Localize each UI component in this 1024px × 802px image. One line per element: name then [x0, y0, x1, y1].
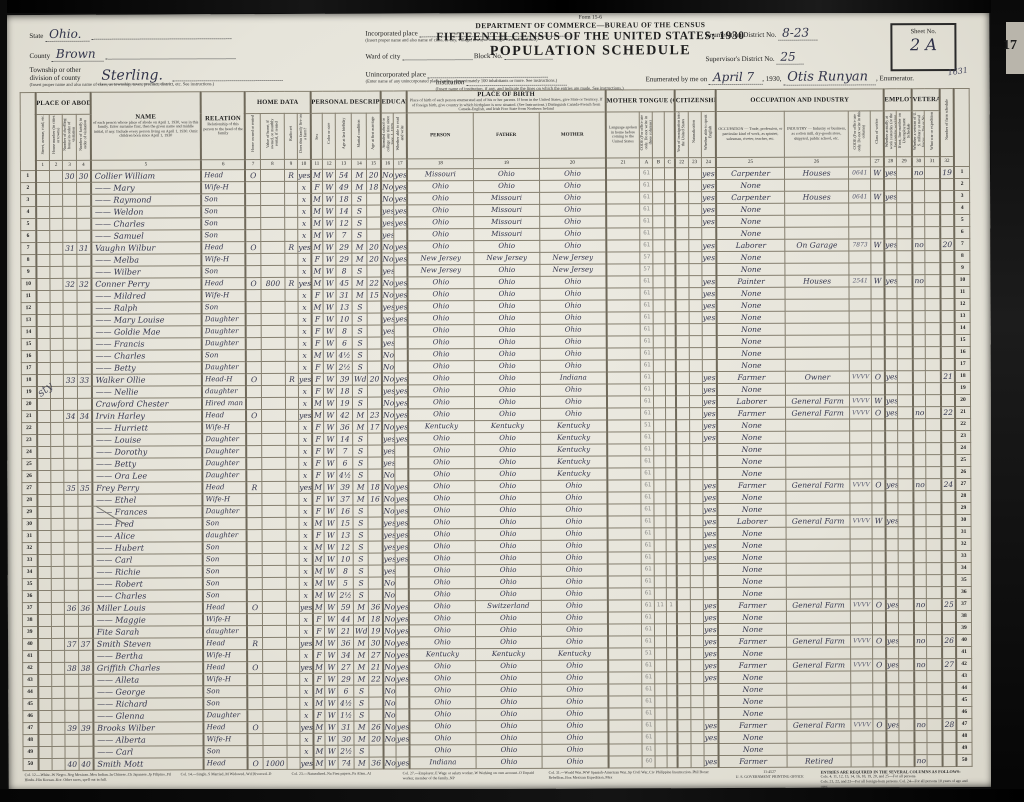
cell: 2½	[337, 361, 353, 373]
cell: M	[313, 661, 325, 673]
cell	[285, 397, 298, 409]
cell	[665, 480, 676, 492]
cell: Ohio	[409, 684, 475, 696]
cell	[689, 431, 702, 443]
cell	[872, 491, 885, 503]
column-number: 15	[367, 159, 381, 169]
cell: Ohio	[476, 744, 542, 756]
cell: Head	[202, 277, 246, 289]
cell	[786, 539, 850, 551]
cell	[63, 194, 77, 206]
cell	[885, 419, 898, 431]
cell	[849, 227, 871, 239]
cell	[52, 758, 65, 770]
cell	[246, 301, 261, 313]
cell: yes	[701, 191, 716, 203]
cell: —— Alice	[92, 530, 203, 542]
cell	[913, 382, 926, 394]
cell	[51, 578, 64, 590]
cell: —— Charles	[91, 218, 202, 230]
cell: —— Nellie	[92, 386, 203, 398]
cell: No	[381, 193, 394, 205]
cell: 35	[78, 482, 92, 494]
cell: M	[312, 553, 324, 565]
footer-print-info: 11-4527 U. S. GOVERNMENT PRINTING OFFICE	[725, 769, 815, 779]
cell: 18	[369, 613, 383, 625]
cell	[260, 181, 284, 193]
column-header: Whether a veteran of U. S. military or n…	[912, 110, 925, 156]
cell	[912, 202, 925, 214]
cell	[872, 551, 885, 563]
cell: Son	[203, 577, 247, 589]
cell: 18	[337, 385, 353, 397]
cell	[897, 202, 912, 214]
cell: O	[873, 635, 886, 647]
cell	[898, 322, 913, 334]
cell: yes	[394, 253, 407, 265]
cell: O	[246, 373, 261, 385]
cell: M	[352, 289, 367, 301]
cell: No	[383, 721, 396, 733]
cell	[664, 228, 675, 240]
cell	[927, 718, 942, 730]
cell	[701, 227, 716, 239]
cell: Ohio	[540, 228, 606, 240]
cell	[36, 194, 50, 206]
cell: Wd	[354, 625, 369, 637]
cell: M	[311, 193, 323, 205]
cell: x	[299, 577, 312, 589]
cell	[872, 443, 885, 455]
cell	[665, 384, 676, 396]
column-header: CODE (For office use only. Do not write …	[848, 111, 870, 157]
cell	[913, 394, 926, 406]
cell	[925, 226, 940, 238]
cell: S	[352, 265, 367, 277]
cell: M	[311, 205, 323, 217]
cell: Switzerland	[475, 600, 541, 612]
cell: yes	[381, 229, 394, 241]
column-number: 2	[50, 160, 63, 170]
cell: yes	[395, 421, 408, 433]
cell: Ohio	[409, 720, 475, 732]
cell: Ohio	[409, 660, 475, 672]
cell	[690, 659, 703, 671]
cell	[785, 323, 849, 335]
ward-label: Ward of city	[365, 52, 400, 60]
cell	[286, 565, 299, 577]
cell	[676, 299, 689, 311]
cell: M	[313, 721, 325, 733]
cell	[676, 455, 689, 467]
cell: —— Frances	[92, 506, 203, 518]
cell: 61	[642, 624, 655, 636]
cell: 31	[336, 289, 352, 301]
cell	[37, 518, 51, 530]
cell	[79, 650, 93, 662]
line-number: 5	[954, 214, 969, 226]
cell	[608, 624, 642, 636]
cell	[850, 551, 872, 563]
cell	[64, 542, 78, 554]
cell: Irvin Harley	[92, 410, 203, 422]
cell	[50, 266, 63, 278]
cell: M	[354, 733, 369, 745]
cell	[676, 311, 689, 323]
cell: yes	[701, 203, 716, 215]
cell	[886, 623, 899, 635]
cell	[287, 745, 300, 757]
cell	[926, 430, 941, 442]
cell: 61	[641, 516, 654, 528]
cell	[38, 710, 52, 722]
line-number: 23	[955, 430, 970, 442]
cell	[263, 709, 287, 721]
cell: M	[311, 241, 323, 253]
cell	[653, 192, 664, 204]
line-number: 39	[956, 622, 971, 634]
cell	[261, 265, 285, 277]
cell	[941, 346, 955, 358]
line-number: 16	[21, 350, 36, 362]
cell	[37, 446, 51, 458]
cell: None	[718, 647, 786, 659]
cell	[926, 394, 941, 406]
cell	[786, 587, 850, 599]
cell: Ohio	[541, 504, 607, 516]
cell	[872, 347, 885, 359]
cell	[65, 626, 79, 638]
group-header: EDUCATION	[381, 91, 407, 113]
line-number: 23	[22, 434, 37, 446]
cell: yes	[396, 637, 409, 649]
cell	[926, 406, 941, 418]
cell: M	[354, 757, 369, 769]
cell: Ohio	[408, 492, 474, 504]
cell	[785, 287, 849, 299]
cell: Ohio	[475, 636, 541, 648]
cell	[899, 718, 914, 730]
cell: Ohio	[540, 384, 606, 396]
line-number: 28	[22, 494, 37, 506]
cell: —— Mary Louise	[91, 314, 202, 326]
state-value: Ohio.	[45, 27, 89, 42]
cell	[247, 505, 262, 517]
cell	[262, 649, 286, 661]
cell: yes	[298, 241, 311, 253]
cell: yes	[703, 671, 718, 683]
cell: —— Charles	[93, 590, 204, 602]
cell	[64, 518, 78, 530]
cell	[886, 587, 899, 599]
cell: x	[299, 397, 312, 409]
cell	[52, 710, 65, 722]
cell	[369, 709, 383, 721]
cell: None	[716, 227, 784, 239]
column-number: 6	[201, 159, 245, 169]
cell: 61	[642, 684, 655, 696]
cell: yes	[395, 397, 408, 409]
cell: Ohio	[408, 324, 474, 336]
cell	[689, 347, 702, 359]
cell: 39	[337, 481, 353, 493]
cell: x	[298, 385, 311, 397]
cell: O	[246, 409, 261, 421]
cell: 15	[337, 517, 353, 529]
cell: F	[311, 253, 323, 265]
cell: no	[912, 166, 925, 178]
cell	[77, 302, 91, 314]
cell: No	[383, 709, 396, 721]
cell: 61	[642, 672, 655, 684]
cell	[787, 743, 851, 755]
cell	[368, 505, 382, 517]
cell	[261, 349, 285, 361]
cell: x	[300, 625, 313, 637]
column-header: PERSON	[407, 112, 473, 158]
cell: Ohio	[474, 288, 540, 300]
cell	[926, 514, 941, 526]
cell: Daughter	[202, 361, 246, 373]
cell: Ohio	[541, 480, 607, 492]
cell	[664, 252, 675, 264]
cell	[676, 335, 689, 347]
cell: Ohio	[542, 696, 608, 708]
cell: None	[717, 299, 785, 311]
cell	[849, 215, 871, 227]
cell: 61	[641, 384, 654, 396]
cell	[873, 707, 886, 719]
cell: Houses	[784, 167, 848, 179]
cell	[898, 394, 913, 406]
institution-label: Institution	[436, 78, 465, 86]
cell	[666, 564, 677, 576]
cell: S	[352, 301, 367, 313]
cell: —— Goldie Mae	[91, 326, 202, 338]
line-number: 17	[21, 362, 36, 374]
cell	[77, 182, 91, 194]
cell: No	[383, 589, 396, 601]
cell: W	[324, 553, 337, 565]
cell	[51, 566, 64, 578]
cell	[666, 540, 677, 552]
enumerator-name: Otis Runyan	[783, 69, 876, 85]
line-number: 41	[23, 650, 38, 662]
cell: —— Raymond	[91, 194, 202, 206]
cell: no	[914, 598, 927, 610]
cell	[396, 745, 409, 757]
cell	[941, 418, 955, 430]
cell: None	[716, 215, 784, 227]
cell	[677, 611, 690, 623]
cell	[367, 217, 381, 229]
cell	[368, 337, 382, 349]
cell: 51	[642, 648, 655, 660]
cell	[886, 731, 899, 743]
cell: Missouri	[473, 204, 539, 216]
cell	[287, 685, 300, 697]
cell	[676, 407, 689, 419]
cell	[51, 410, 64, 422]
cell: Son	[203, 685, 247, 697]
cell: Ohio	[540, 348, 606, 360]
cell	[871, 179, 884, 191]
cell	[912, 250, 925, 262]
cell: x	[299, 541, 312, 553]
cell: Ohio	[408, 504, 474, 516]
cell	[942, 562, 956, 574]
cell: S	[352, 229, 367, 241]
cell	[897, 226, 912, 238]
cell	[608, 588, 642, 600]
cell	[927, 634, 942, 646]
cell	[898, 418, 913, 430]
cell	[898, 502, 913, 514]
cell: 74	[338, 757, 354, 769]
cell	[677, 575, 690, 587]
cell	[608, 660, 642, 672]
scan-edge-right	[991, 0, 1024, 802]
column-header: If not, line number on Unemployment Sche…	[897, 110, 912, 156]
line-number: 46	[23, 710, 38, 722]
cell: Ohio	[541, 600, 607, 612]
cell	[367, 301, 381, 313]
cell: Farmer	[717, 371, 785, 383]
cell: Ohio	[542, 732, 608, 744]
cell: Ohio	[408, 456, 474, 468]
cell	[63, 314, 77, 326]
cell	[263, 733, 287, 745]
cell	[675, 263, 688, 275]
cell	[78, 506, 92, 518]
page-number-stamp: 17	[1003, 38, 1017, 54]
cell: Ohio	[409, 600, 475, 612]
cell: W	[325, 745, 338, 757]
cell	[898, 478, 913, 490]
cell: yes	[395, 493, 408, 505]
cell	[608, 708, 642, 720]
ed-label: Enumeration District No.	[705, 31, 776, 39]
cell	[607, 372, 641, 384]
cell: 61	[642, 732, 655, 744]
cell	[262, 565, 286, 577]
cell	[286, 493, 299, 505]
cell: Kentucky	[542, 648, 608, 660]
cell	[607, 384, 641, 396]
cell: 49	[336, 181, 352, 193]
cell	[607, 348, 641, 360]
line-number: 31	[22, 530, 37, 542]
cell	[912, 262, 925, 274]
cell: Walker Ollie	[92, 374, 203, 386]
cell	[913, 442, 926, 454]
cell	[787, 731, 851, 743]
cell	[664, 204, 675, 216]
cell	[37, 458, 51, 470]
cell: F	[313, 613, 325, 625]
cell: S	[353, 337, 368, 349]
line-number: 47	[23, 722, 38, 734]
cell	[79, 698, 93, 710]
cell	[926, 346, 941, 358]
cell: W	[325, 757, 338, 769]
cell	[849, 347, 871, 359]
cell: Ohio	[409, 588, 475, 600]
column-number: 19	[473, 158, 539, 168]
cell	[37, 506, 51, 518]
cell: W	[324, 577, 337, 589]
cell: yes	[395, 529, 408, 541]
cell	[940, 262, 954, 274]
cell	[247, 613, 262, 625]
cell	[886, 695, 899, 707]
cell	[786, 611, 850, 623]
cell: M	[354, 613, 369, 625]
cell	[78, 578, 92, 590]
cell	[37, 482, 51, 494]
cell	[395, 457, 408, 469]
cell: no	[914, 634, 927, 646]
cell: Ohio	[409, 696, 475, 708]
cell	[787, 695, 851, 707]
cell	[51, 494, 64, 506]
cell: No	[382, 505, 395, 517]
cell	[940, 178, 954, 190]
cell: W	[324, 409, 337, 421]
cell	[248, 733, 263, 745]
cell: R	[285, 373, 298, 385]
cell	[927, 550, 942, 562]
cell: 61	[640, 276, 653, 288]
cell	[942, 730, 956, 742]
cell	[899, 730, 914, 742]
cell	[654, 468, 665, 480]
cell	[368, 469, 382, 481]
cell	[262, 481, 286, 493]
cell: Conner Perry	[91, 278, 202, 290]
enumerator-label: , Enumerator.	[876, 74, 914, 82]
cell	[51, 506, 64, 518]
column-header: Number of family in order of visitation	[76, 114, 90, 160]
cell	[367, 229, 381, 241]
cell: —— Weldon	[91, 206, 202, 218]
line-number: 38	[22, 614, 37, 626]
cell: 0641	[849, 167, 871, 179]
cell: x	[299, 469, 312, 481]
census-form-paper: State Ohio. County Brown Township or oth…	[5, 11, 992, 791]
cell: —— Betty	[92, 458, 203, 470]
cell	[64, 470, 78, 482]
cell: 61	[640, 300, 653, 312]
cell	[78, 386, 92, 398]
cell: Ohio	[540, 240, 606, 252]
cell	[287, 637, 300, 649]
cell	[287, 721, 300, 733]
cell: F	[312, 469, 324, 481]
cell	[850, 383, 872, 395]
cell	[246, 433, 261, 445]
cell: Son	[202, 301, 246, 313]
cell: Daughter	[202, 469, 246, 481]
cell	[36, 230, 50, 242]
cell: Ohio	[540, 324, 606, 336]
cell: Son	[204, 745, 248, 757]
cell	[851, 707, 873, 719]
cell	[369, 697, 383, 709]
cell: x	[299, 457, 312, 469]
county-label: County	[29, 52, 50, 60]
cell: F	[312, 373, 324, 385]
